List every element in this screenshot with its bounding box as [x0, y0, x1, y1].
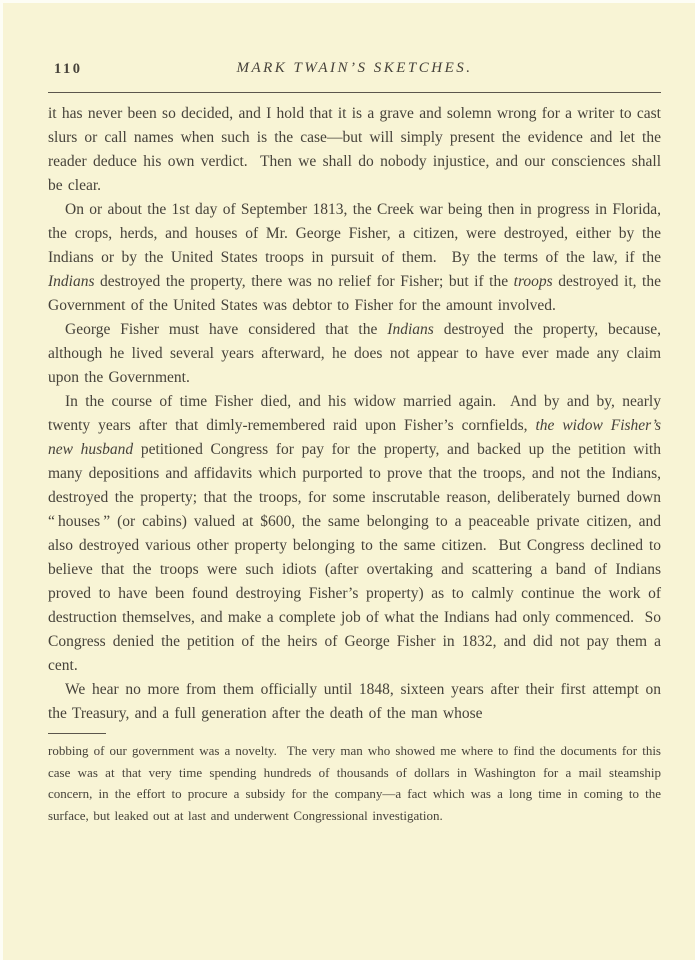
italic-text: Indians — [48, 273, 95, 290]
page-body: it has never been so decided, and I hold… — [48, 102, 661, 726]
footnote: robbing of our government was a novelty.… — [48, 740, 661, 826]
body-text: On or about the 1st day of September 181… — [48, 201, 661, 266]
page-number: 110 — [54, 61, 82, 78]
paragraph: On or about the 1st day of September 181… — [48, 198, 661, 318]
paragraph: In the course of time Fisher died, and h… — [48, 390, 661, 678]
body-text: We hear no more from them officially unt… — [48, 681, 661, 722]
header-rule — [48, 92, 661, 93]
running-header-title: MARK TWAIN’S SKETCHES. — [48, 60, 661, 77]
footnote-separator — [48, 733, 106, 734]
paragraph: George Fisher must have considered that … — [48, 318, 661, 390]
body-text: it has never been so decided, and I hold… — [48, 105, 661, 194]
book-page: 110 MARK TWAIN’S SKETCHES. it has never … — [0, 0, 695, 960]
page-inner: 110 MARK TWAIN’S SKETCHES. it has never … — [0, 60, 695, 826]
italic-text: Indians — [387, 321, 434, 338]
italic-text: troops — [514, 273, 553, 290]
body-text: George Fisher must have considered that … — [65, 321, 387, 338]
paragraph: it has never been so decided, and I hold… — [48, 102, 661, 198]
body-text: destroyed the property, there was no rel… — [95, 273, 514, 290]
body-text: petitioned Congress for pay for the prop… — [48, 441, 661, 674]
paragraph: We hear no more from them officially unt… — [48, 678, 661, 726]
running-header: 110 MARK TWAIN’S SKETCHES. — [48, 60, 661, 80]
